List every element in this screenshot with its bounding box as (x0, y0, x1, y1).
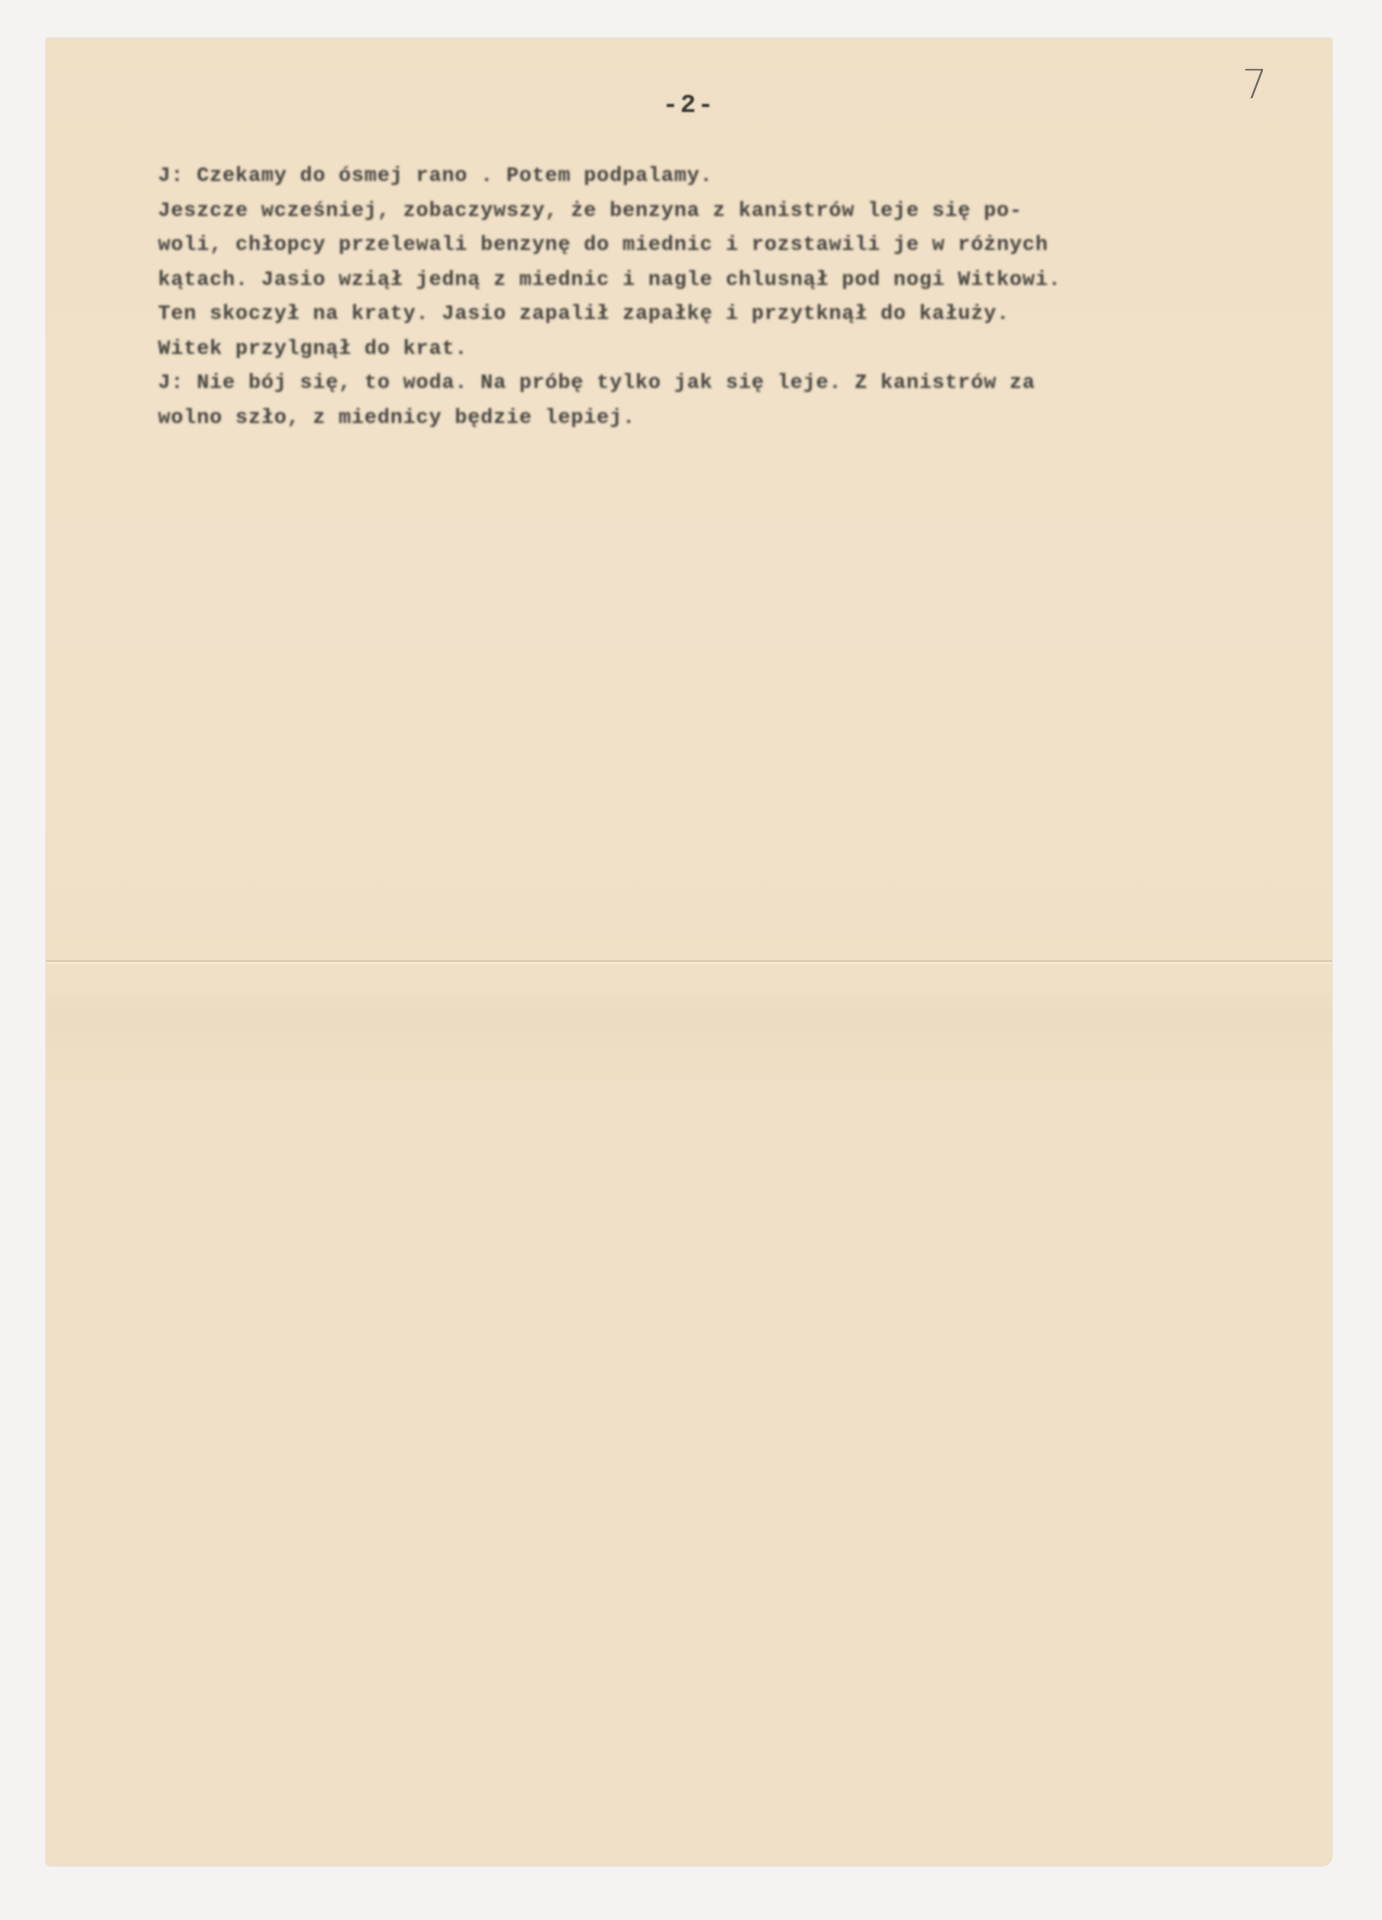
text-line: kątach. Jasio wziął jedną z miednic i na… (158, 264, 1278, 299)
text-line: Ten skoczył na kraty. Jasio zapalił zapa… (158, 298, 1278, 333)
text-line: wolno szło, z miednicy będzie lepiej. (158, 402, 1278, 437)
text-line: J: Nie bój się, to woda. Na próbę tylko … (158, 367, 1278, 402)
text-line: woli, chłopcy przelewali benzynę do mied… (158, 229, 1278, 264)
page-number: -2- (46, 90, 1332, 120)
text-line: Witek przylgnął do krat. (158, 333, 1278, 368)
typed-body-text: J: Czekamy do ósmej rano . Potem podpala… (158, 160, 1278, 436)
text-line: J: Czekamy do ósmej rano . Potem podpala… (158, 160, 1278, 195)
text-line: Jeszcze wcześniej, zobaczywszy, że benzy… (158, 195, 1278, 230)
paper-sheet: 7 -2- J: Czekamy do ósmej rano . Potem p… (46, 38, 1332, 1866)
